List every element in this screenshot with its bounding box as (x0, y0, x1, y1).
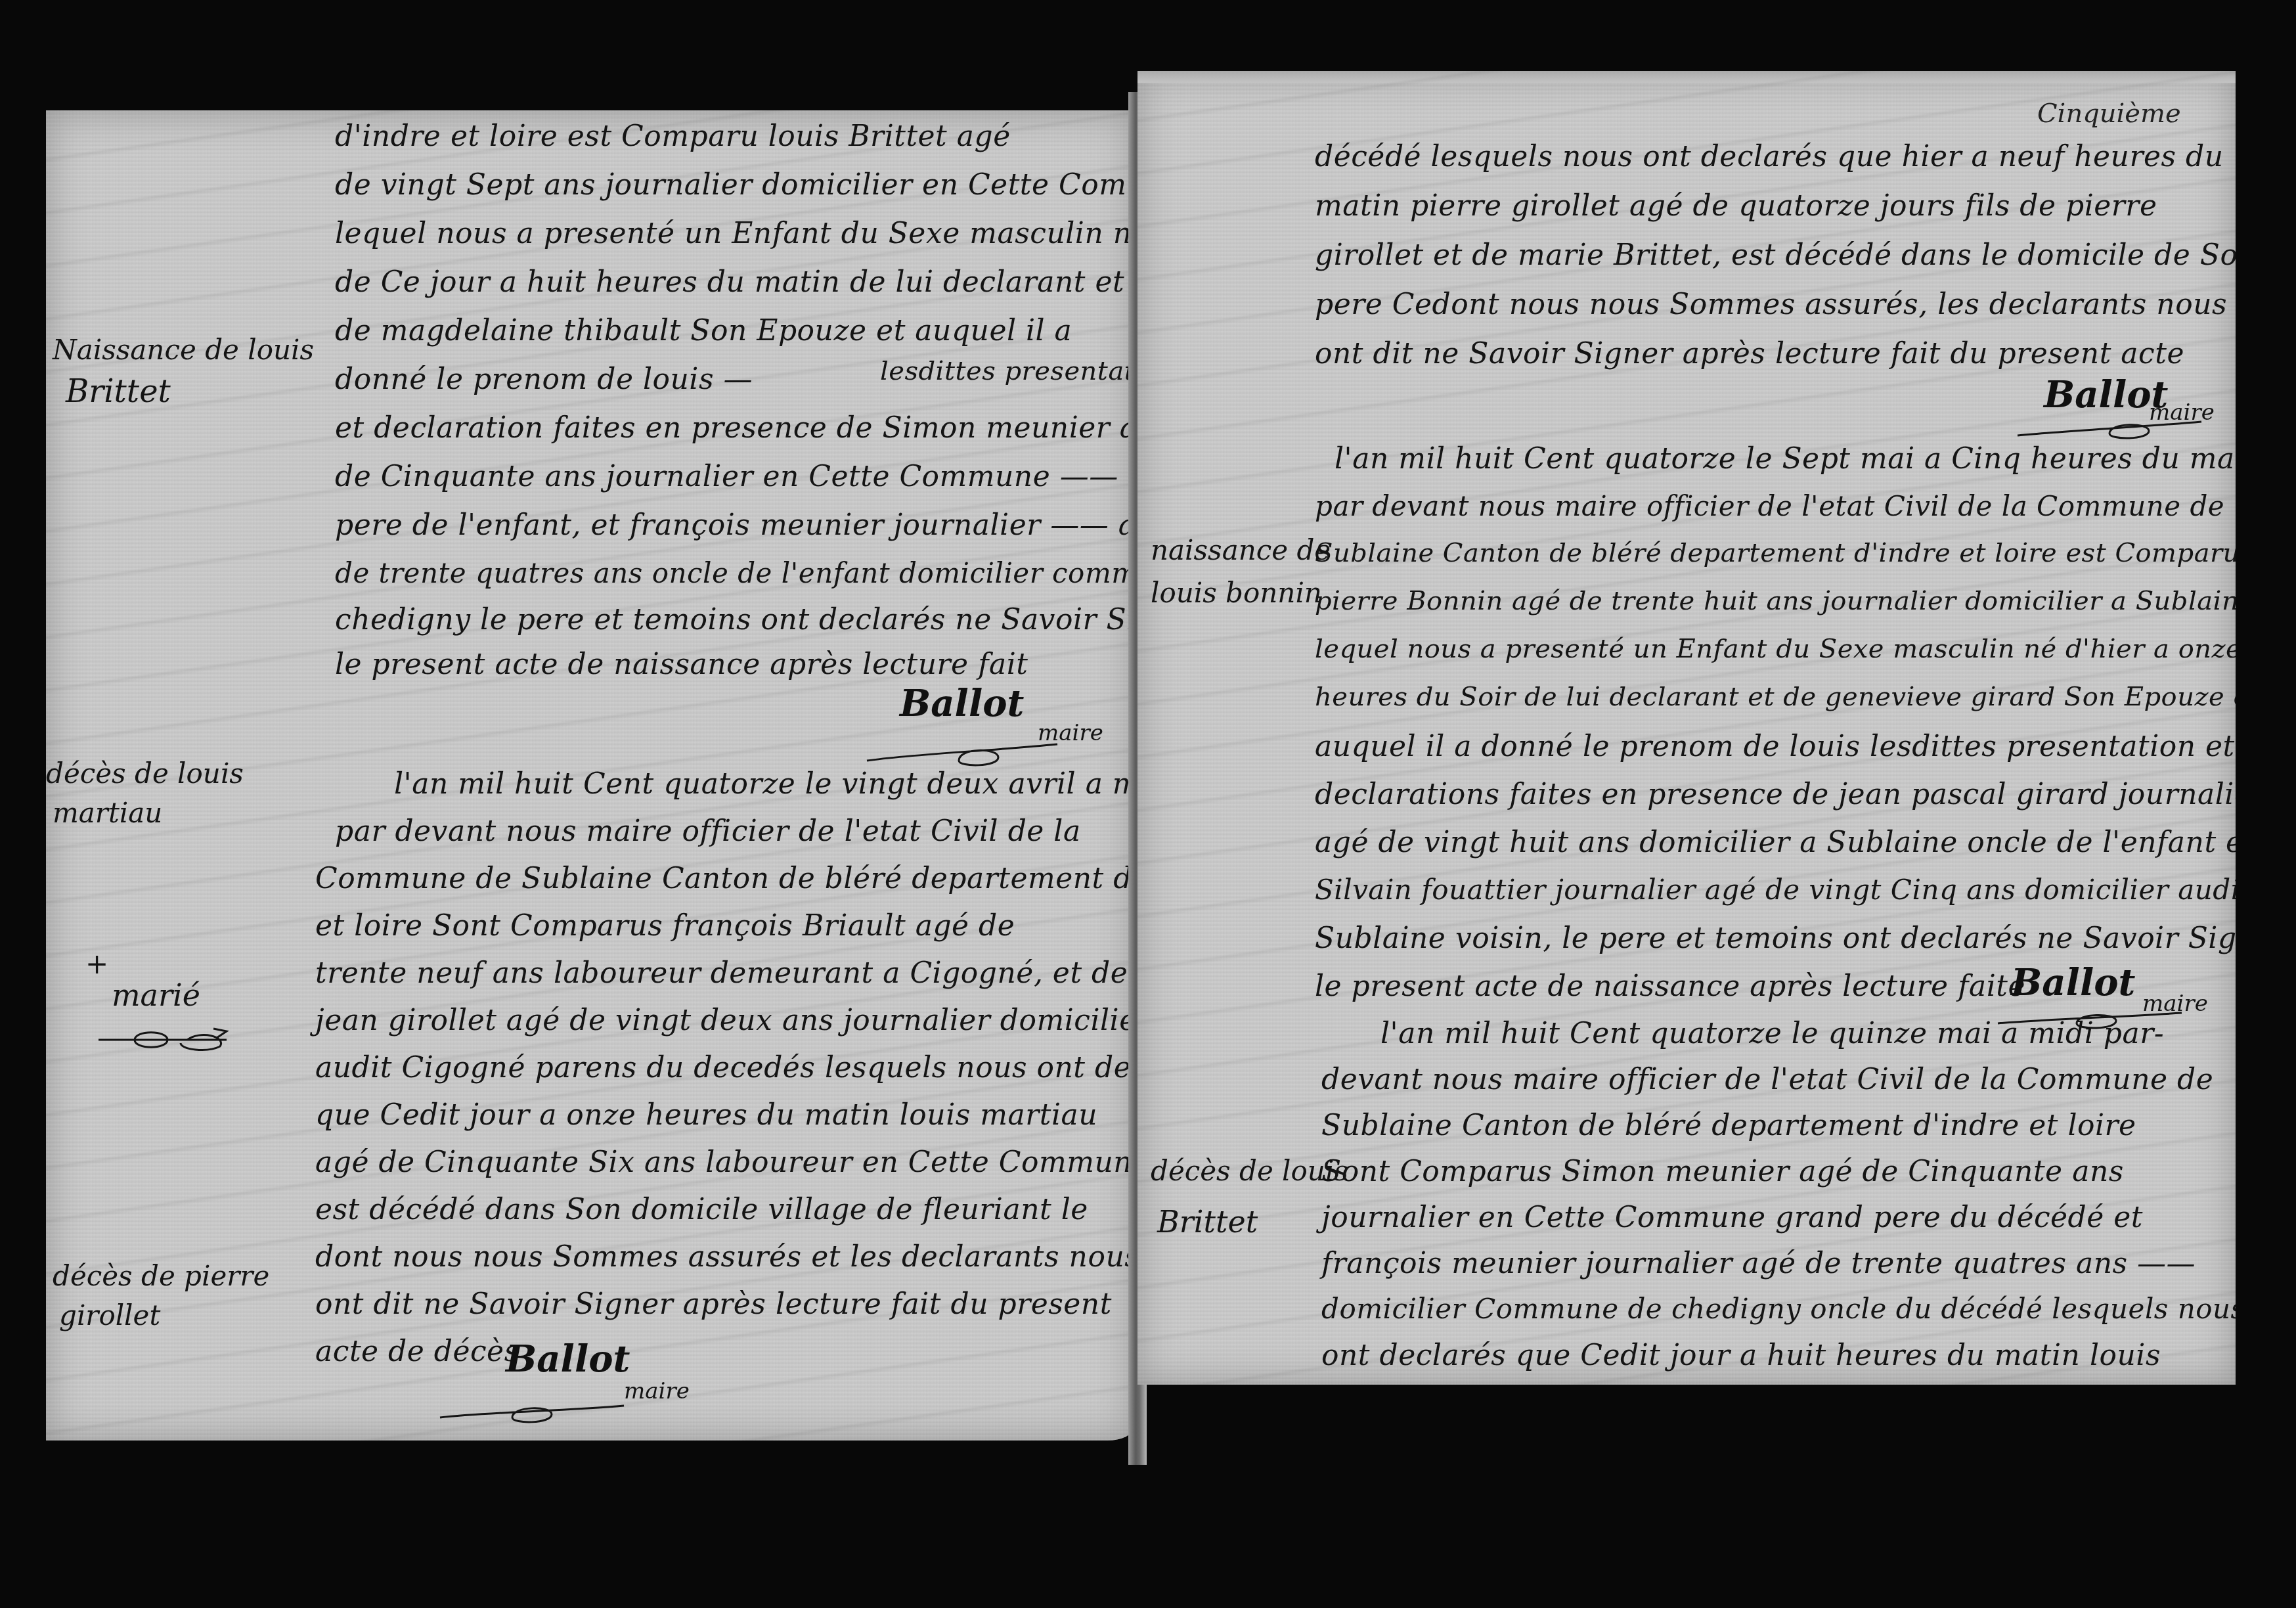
text-line: lesdittes presentation (880, 356, 1134, 386)
text-line: et declaration faites en presence de Sim… (335, 411, 1134, 445)
text-line: trente neuf ans laboureur demeurant a Ci… (315, 956, 1128, 990)
text-line: Sublaine Canton de bléré departement d'i… (1315, 538, 2236, 568)
text-line: de magdelaine thibault Son Epouze et auq… (335, 314, 1072, 347)
signature-flourish-icon (433, 1398, 630, 1431)
margin-note-deces-martiau: décès de louis (46, 757, 244, 790)
text-line: le present acte de naissance après lectu… (335, 648, 1028, 681)
margin-note-mark: + (85, 948, 108, 980)
text-line: pere Cedont nous nous Sommes assurés, le… (1315, 288, 2227, 321)
text-line: ont dit ne Savoir Signer après lecture f… (315, 1287, 1112, 1321)
text-line: heures du Soir de lui declarant et de ge… (1315, 682, 2236, 712)
text-line: par devant nous maire officier de l'etat… (1315, 490, 2224, 522)
text-line: auquel il a donné le prenom de louis les… (1315, 730, 2235, 763)
margin-note-deces-brittet: décès de louis (1151, 1155, 1348, 1187)
margin-note-deces-brittet-name: Brittet (1157, 1204, 1258, 1239)
text-line: ont declarés que Cedit jour a huit heure… (1321, 1339, 2161, 1372)
text-line: devant nous maire officier de l'etat Civ… (1321, 1063, 2213, 1096)
margin-note-deces-girollet: décès de pierre (53, 1260, 269, 1292)
text-line: Sont Comparus Simon meunier agé de Cinqu… (1321, 1155, 2124, 1188)
text-line: donné le prenom de louis — (335, 363, 753, 396)
text-line: de vingt Sept ans journalier domicilier … (335, 168, 1134, 202)
signature-ballot: Ballot (900, 682, 1024, 725)
text-line: lequel nous a presenté un Enfant du Sexe… (335, 217, 1134, 250)
text-line: que Cedit jour a onze heures du matin lo… (315, 1098, 1097, 1132)
text-line: Silvain fouattier journalier agé de ving… (1315, 874, 2236, 906)
margin-note-naissance-bonnin: naissance de (1151, 534, 1331, 566)
margin-note-naissance-brittet: Naissance de louis (53, 334, 314, 366)
signature-ballot: Ballot (2011, 961, 2135, 1004)
text-line: declarations faites en presence de jean … (1315, 778, 2236, 811)
text-line: ont dit ne Savoir Signer après lecture f… (1315, 337, 2184, 370)
text-line: acte de décès (315, 1335, 519, 1368)
text-line: matin pierre girollet agé de quatorze jo… (1315, 189, 2157, 223)
right-page: Cinquième décédé lesquels nous ont decla… (1137, 71, 2236, 1385)
text-line: l'an mil huit Cent quatorze le Sept mai … (1335, 442, 2236, 476)
text-line: et loire Sont Comparus françois Briault … (315, 909, 1015, 943)
margin-note-deces-martiau-name: martiau (53, 797, 162, 829)
text-line: de trente quatres ans oncle de l'enfant … (335, 557, 1134, 589)
inserted-word: Cinquième (2037, 99, 2181, 129)
margin-note-naissance-bonnin-name: louis bonnin (1151, 577, 1322, 609)
margin-note-deces-girollet-name: girollet (59, 1299, 160, 1331)
margin-note-marie: marié (112, 977, 200, 1013)
text-line: lequel nous a presenté un Enfant du Sexe… (1315, 634, 2236, 664)
text-line: l'an mil huit Cent quatorze le quinze ma… (1380, 1017, 2164, 1050)
text-line: pierre Bonnin agé de trente huit ans jou… (1315, 586, 2236, 616)
text-line: domicilier Commune de chedigny oncle du … (1321, 1293, 2236, 1325)
text-line: jean girollet agé de vingt deux ans jour… (315, 1004, 1134, 1037)
signature-title-maire: maire (624, 1378, 690, 1404)
text-line: dont nous nous Sommes assurés et les dec… (315, 1240, 1134, 1274)
text-line: d'indre et loire est Comparu louis Britt… (335, 120, 1011, 153)
text-line: agé de vingt huit ans domicilier a Subla… (1315, 826, 2236, 859)
text-line: journalier en Cette Commune grand pere d… (1321, 1201, 2143, 1234)
signature-flourish-icon (2011, 413, 2208, 445)
text-line: audit Cigogné parens du decedés lesquels… (315, 1051, 1134, 1084)
signature-ballot: Ballot (506, 1337, 630, 1381)
text-line: Sublaine Canton de bléré departement d'i… (1321, 1109, 2136, 1142)
margin-note-naissance-brittet-name: Brittet (66, 373, 171, 410)
text-line: Sublaine voisin, le pere et temoins ont … (1315, 922, 2236, 955)
margin-flourish-icon (95, 1023, 240, 1056)
text-line: de Ce jour a huit heures du matin de lui… (335, 265, 1124, 299)
text-line: décédé lesquels nous ont declarés que hi… (1315, 140, 2224, 173)
text-line: agé de Cinquante Six ans laboureur en Ce… (315, 1146, 1134, 1179)
text-line: Commune de Sublaine Canton de bléré depa… (315, 862, 1134, 895)
text-line: est décédé dans Son domicile village de … (315, 1193, 1088, 1226)
text-line: pere de l'enfant, et françois meunier jo… (335, 508, 1134, 542)
text-line: françois meunier journalier agé de trent… (1321, 1247, 2196, 1280)
text-line: girollet et de marie Brittet, est décédé… (1315, 238, 2236, 272)
left-page: Naissance de louis Brittet décès de loui… (46, 110, 1134, 1440)
text-line: par devant nous maire officier de l'etat… (335, 815, 1081, 848)
text-line: de Cinquante ans journalier en Cette Com… (335, 460, 1134, 493)
text-line: le present acte de naissance après lectu… (1315, 970, 2025, 1003)
text-line: l'an mil huit Cent quatorze le vingt deu… (394, 767, 1134, 801)
text-line: chedigny le pere et temoins ont declarés… (335, 603, 1134, 636)
